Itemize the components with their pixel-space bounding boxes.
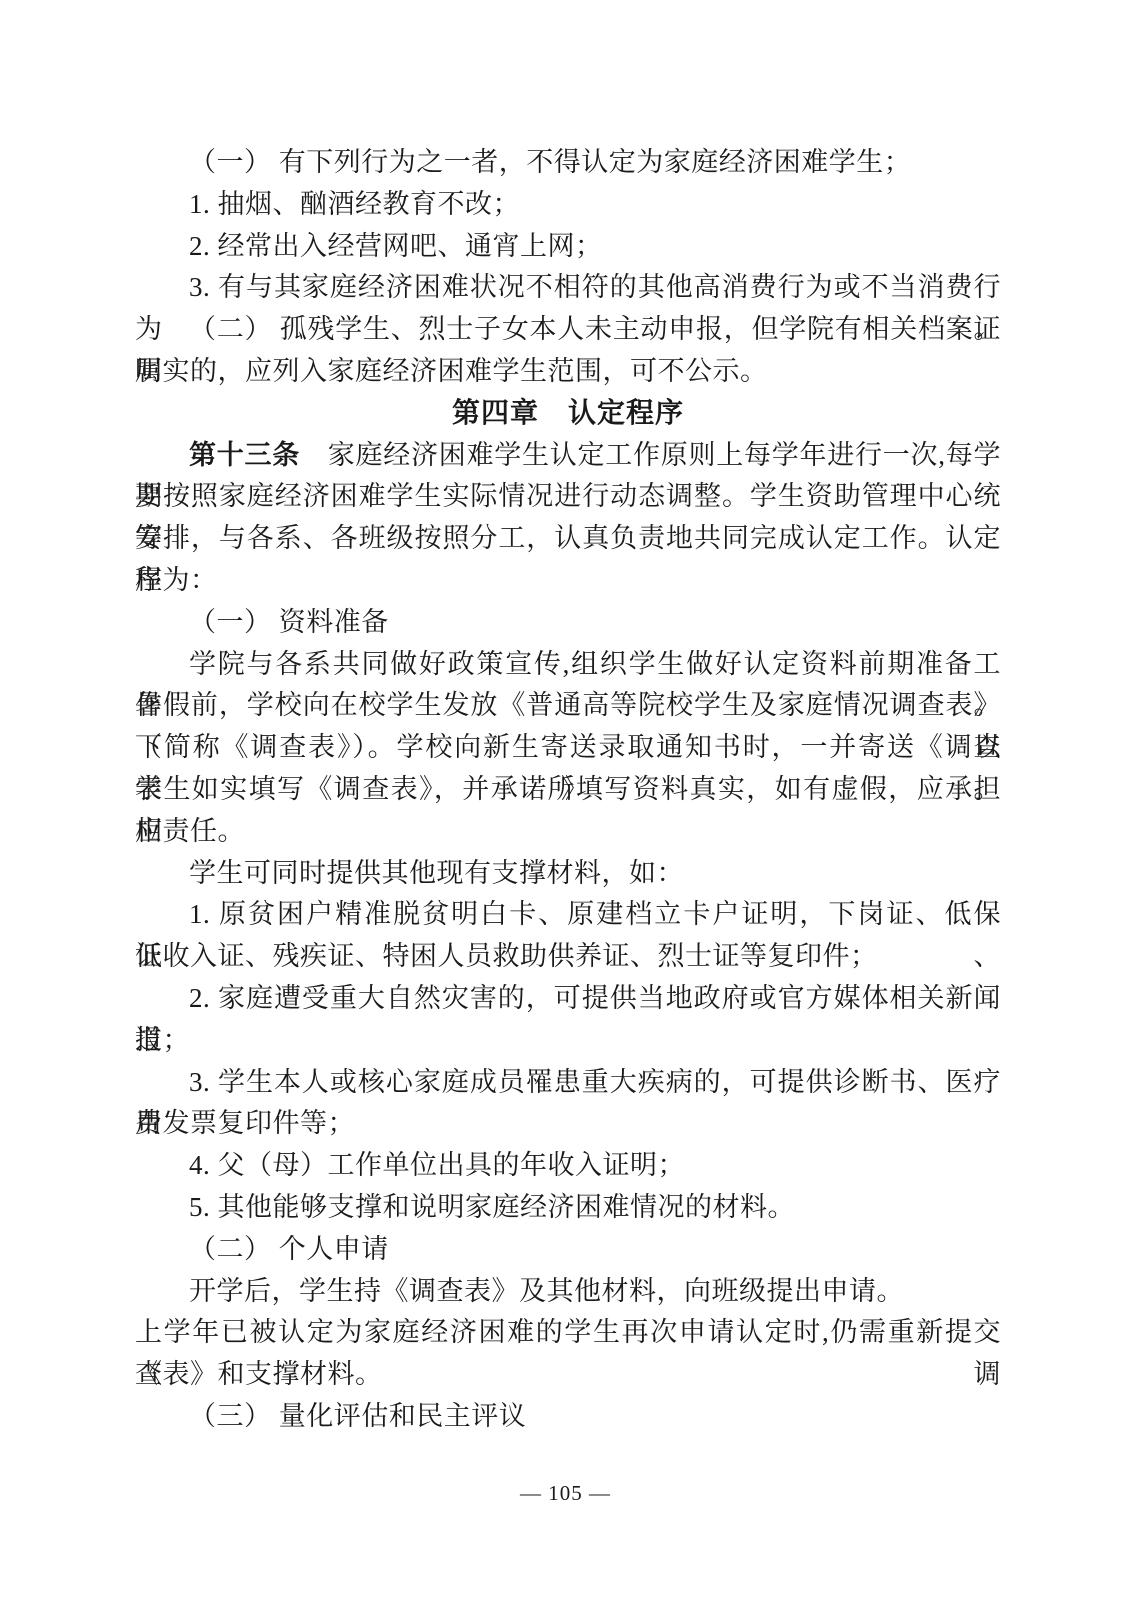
text-line: （三） 量化评估和民主评议 [135, 1396, 1001, 1438]
document-page: （一） 有下列行为之一者，不得认定为家庭经济困难学生；1. 抽烟、酗酒经教育不改… [0, 0, 1131, 1600]
text-line: 学生如实填写《调查表》，并承诺所填写资料真实，如有虚假，应承担相 [135, 769, 1001, 811]
text-line: 暑假前，学校向在校学生发放《普通高等院校学生及家庭情况调查表》（以 [135, 685, 1001, 727]
text-line: 1. 原贫困户精准脱贫明白卡、原建档立卡户证明，下岗证、低保证、 [135, 894, 1001, 936]
text-line: 低收入证、残疾证、特困人员救助供养证、烈士证等复印件； [135, 936, 1001, 978]
document-body: （一） 有下列行为之一者，不得认定为家庭经济困难学生；1. 抽烟、酗酒经教育不改… [135, 142, 1001, 1438]
text-line: 4. 父（母）工作单位出具的年收入证明； [135, 1145, 1001, 1187]
text-line: （二） 个人申请 [135, 1229, 1001, 1271]
text-line: （一） 有下列行为之一者，不得认定为家庭经济困难学生； [135, 142, 1001, 184]
text-line: 2. 经常出入经营网吧、通宵上网； [135, 226, 1001, 268]
text-line: 序为： [135, 560, 1001, 602]
text-line: 5. 其他能够支撑和说明家庭经济困难情况的材料。 [135, 1187, 1001, 1229]
text-line: 学院与各系共同做好政策宣传,组织学生做好认定资料前期准备工作。 [135, 644, 1001, 686]
text-line: 2. 家庭遭受重大自然灾害的，可提供当地政府或官方媒体相关新闻报 [135, 978, 1001, 1020]
text-line: （二） 孤残学生、烈士子女本人未主动申报，但学院有相关档案证明 [135, 309, 1001, 351]
text-line: 下简称《调查表》）。学校向新生寄送录取通知书时，一并寄送《调查表》。 [135, 727, 1001, 769]
article-number-bold: 第十三条 [189, 440, 300, 470]
text-line: 第十三条 家庭经济困难学生认定工作原则上每学年进行一次,每学期 [135, 435, 1001, 477]
page-number: — 105 — [0, 1481, 1131, 1506]
text-line: 要按照家庭经济困难学生实际情况进行动态调整。学生资助管理中心统筹 [135, 476, 1001, 518]
text-line: 应责任。 [135, 811, 1001, 853]
chapter-heading: 第四章 认定程序 [135, 393, 1001, 435]
text-line: 3. 有与其家庭经济困难状况不相符的其他高消费行为或不当消费行为。 [135, 267, 1001, 309]
text-line: 用发票复印件等； [135, 1103, 1001, 1145]
text-line: 1. 抽烟、酗酒经教育不改； [135, 184, 1001, 226]
text-line: 开学后，学生持《调查表》及其他材料，向班级提出申请。 [135, 1271, 1001, 1313]
text-line: 道； [135, 1020, 1001, 1062]
text-line: （一） 资料准备 [135, 602, 1001, 644]
text-line: 属实的，应列入家庭经济困难学生范围，可不公示。 [135, 351, 1001, 393]
text-line: 3. 学生本人或核心家庭成员罹患重大疾病的，可提供诊断书、医疗费 [135, 1062, 1001, 1104]
text-line: 学生可同时提供其他现有支撑材料，如： [135, 853, 1001, 895]
text-line: 上学年已被认定为家庭经济困难的学生再次申请认定时,仍需重新提交《调 [135, 1312, 1001, 1354]
text-line: 安排，与各系、各班级按照分工，认真负责地共同完成认定工作。认定程 [135, 518, 1001, 560]
